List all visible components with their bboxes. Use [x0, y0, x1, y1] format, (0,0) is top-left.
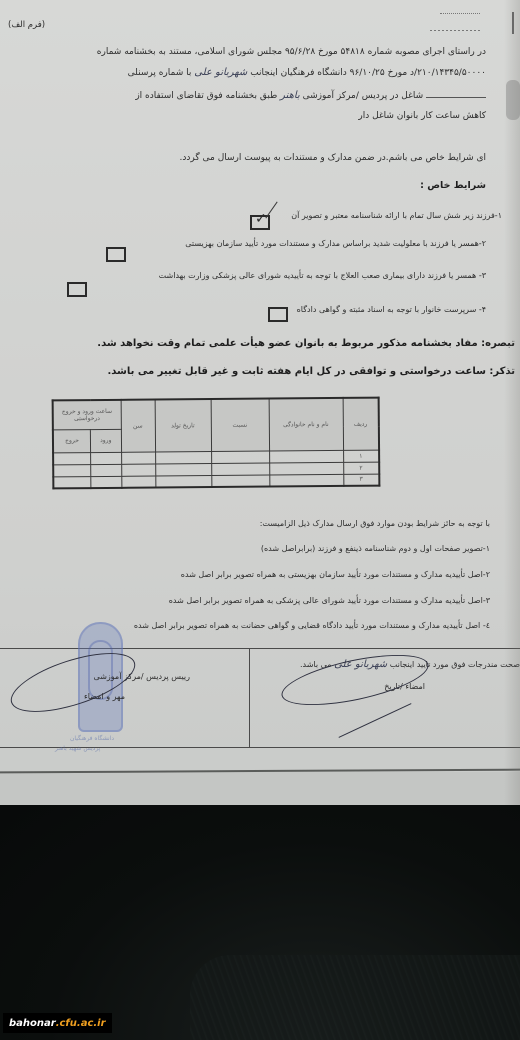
- row-index: ۲: [343, 462, 379, 474]
- check-stroke: [265, 202, 277, 219]
- required-doc-item-2: ۲-اصل تأییدیه مدارک و مستندات مورد تأیید…: [181, 571, 490, 579]
- col-header-name: نام و نام خانوادگی: [269, 398, 343, 451]
- row-exit-cell[interactable]: [53, 464, 91, 476]
- required-doc-item-1: ۱-تصویر صفحات اول و دوم شناسنامه ذینفع و…: [261, 545, 490, 553]
- row-name-cell[interactable]: [269, 474, 343, 487]
- col-header-hours: ساعت ورود و خروج درخواستی: [53, 400, 121, 430]
- seal-text-1: دانشگاه فرهنگیان: [70, 735, 114, 742]
- condition-item-2: ۲-همسر یا فرزند با معلولیت شدید براساس م…: [185, 240, 486, 248]
- intro-line-2: ۲۱۰/۱۴۳۴۵/۵۰۰۰۰/د مورخ ۹۶/۱۰/۲۵ دانشگاه …: [128, 68, 486, 78]
- condition-checkbox-3[interactable]: [67, 282, 87, 297]
- intro-line-4: کاهش ساعت کار بانوان شاغل دار: [358, 112, 486, 121]
- col-subheader-exit: خروج: [53, 429, 91, 452]
- col-header-relation: نسبت: [211, 399, 269, 452]
- required-doc-item-3: ۳-اصل تأییدیه مدارک و مستندات مورد تأیید…: [169, 597, 490, 605]
- col-header-index: ردیف: [343, 398, 379, 450]
- row-exit-cell[interactable]: [53, 452, 91, 464]
- children-table: ردیف نام و نام خانوادگی نسبت تاریخ تولد …: [52, 397, 381, 490]
- university-logo: [440, 4, 480, 14]
- paper-fold-area: [0, 772, 520, 805]
- row-index: ۳: [343, 474, 379, 486]
- row-age-cell[interactable]: [121, 476, 155, 488]
- required-doc-item-4: ٤- اصل تأییدیه مدارک و مستندات مورد تأیی…: [134, 622, 490, 630]
- row-age-cell[interactable]: [121, 464, 155, 476]
- row-exit-cell[interactable]: [53, 476, 91, 488]
- seal-text-2: پردیس شهید باهنر: [55, 745, 100, 752]
- row-entry-cell[interactable]: [91, 476, 121, 488]
- form-label: (فرم الف): [8, 20, 45, 30]
- fabric-texture: [190, 955, 520, 1040]
- intro-line-2-suffix: با شماره پرسنلی: [128, 68, 192, 78]
- condition-checkbox-2[interactable]: [106, 247, 126, 262]
- header-line: [430, 30, 480, 31]
- table-row: ۳: [53, 474, 379, 489]
- row-index: ۱: [343, 450, 379, 462]
- document-paper: (فرم الف) در راستای اجرای مصوبه شماره ۵۴…: [0, 0, 520, 805]
- row-relation-cell[interactable]: [211, 475, 269, 488]
- row-relation-cell[interactable]: [211, 451, 269, 464]
- handwritten-campus: باهنر: [280, 90, 300, 101]
- site-watermark: bahonar.cfu.ac.ir: [3, 1013, 112, 1033]
- signature-divider: [249, 648, 250, 748]
- checkmark-icon: ✓: [255, 211, 267, 227]
- row-entry-cell[interactable]: [91, 464, 121, 476]
- intro-line-3-prefix: شاغل در پردیس /مرکز آموزشی: [303, 91, 424, 101]
- intro-line-3: شاغل در پردیس /مرکز آموزشی باهنر طبق بخش…: [135, 91, 486, 101]
- intro-line-5: ای شرایط خاص می باشم.در ضمن مدارک و مستن…: [180, 154, 486, 163]
- col-header-birth-date: تاریخ تولد: [155, 399, 211, 451]
- note-text: تبصره: مفاد بخشنامه مذکور مربوط به بانوا…: [97, 338, 515, 349]
- row-relation-cell[interactable]: [211, 463, 269, 476]
- paper-edge: [512, 12, 514, 34]
- row-birth-date-cell[interactable]: [155, 463, 211, 475]
- handwritten-name: شهربانو علی: [194, 67, 247, 78]
- condition-checkbox-4[interactable]: [268, 307, 288, 322]
- intro-line-1: در راستای اجرای مصوبه شماره ۵۴۸۱۸ مورخ ۹…: [97, 48, 486, 57]
- row-name-cell[interactable]: [269, 450, 343, 463]
- condition-item-3: ۳- همسر یا فرزند دارای بیماری صعب العلاج…: [159, 272, 486, 280]
- row-age-cell[interactable]: [121, 452, 155, 464]
- row-name-cell[interactable]: [269, 462, 343, 475]
- finger-blur: [506, 80, 520, 120]
- row-birth-date-cell[interactable]: [155, 475, 211, 487]
- row-entry-cell[interactable]: [91, 452, 121, 464]
- condition-item-4: ۴- سرپرست خانوار با توجه به اسناد مثبته …: [297, 306, 486, 314]
- row-birth-date-cell[interactable]: [155, 451, 211, 463]
- col-subheader-entry: ورود: [90, 429, 121, 452]
- watermark-domain: .cfu.ac.ir: [56, 1018, 106, 1029]
- intro-line-2-text: ۲۱۰/۱۴۳۴۵/۵۰۰۰۰/د مورخ ۹۶/۱۰/۲۵ دانشگاه …: [250, 68, 486, 78]
- special-conditions-title: شرایط خاص :: [420, 180, 486, 191]
- watermark-site: bahonar: [9, 1018, 56, 1029]
- col-header-age: سن: [121, 400, 155, 452]
- condition-item-1: ۱-فرزند زیر شش سال تمام با ارائه شناسنام…: [291, 212, 502, 220]
- required-docs-title: با توجه به حائز شرایط بودن موارد فوق ارس…: [260, 520, 490, 528]
- personnel-number-blank: [426, 97, 486, 98]
- reminder-text: تذکر: ساعت درخواستی و توافقی در کل ایام …: [107, 366, 515, 377]
- intro-line-3-suffix: طبق بخشنامه فوق تقاضای استفاده از: [135, 91, 277, 101]
